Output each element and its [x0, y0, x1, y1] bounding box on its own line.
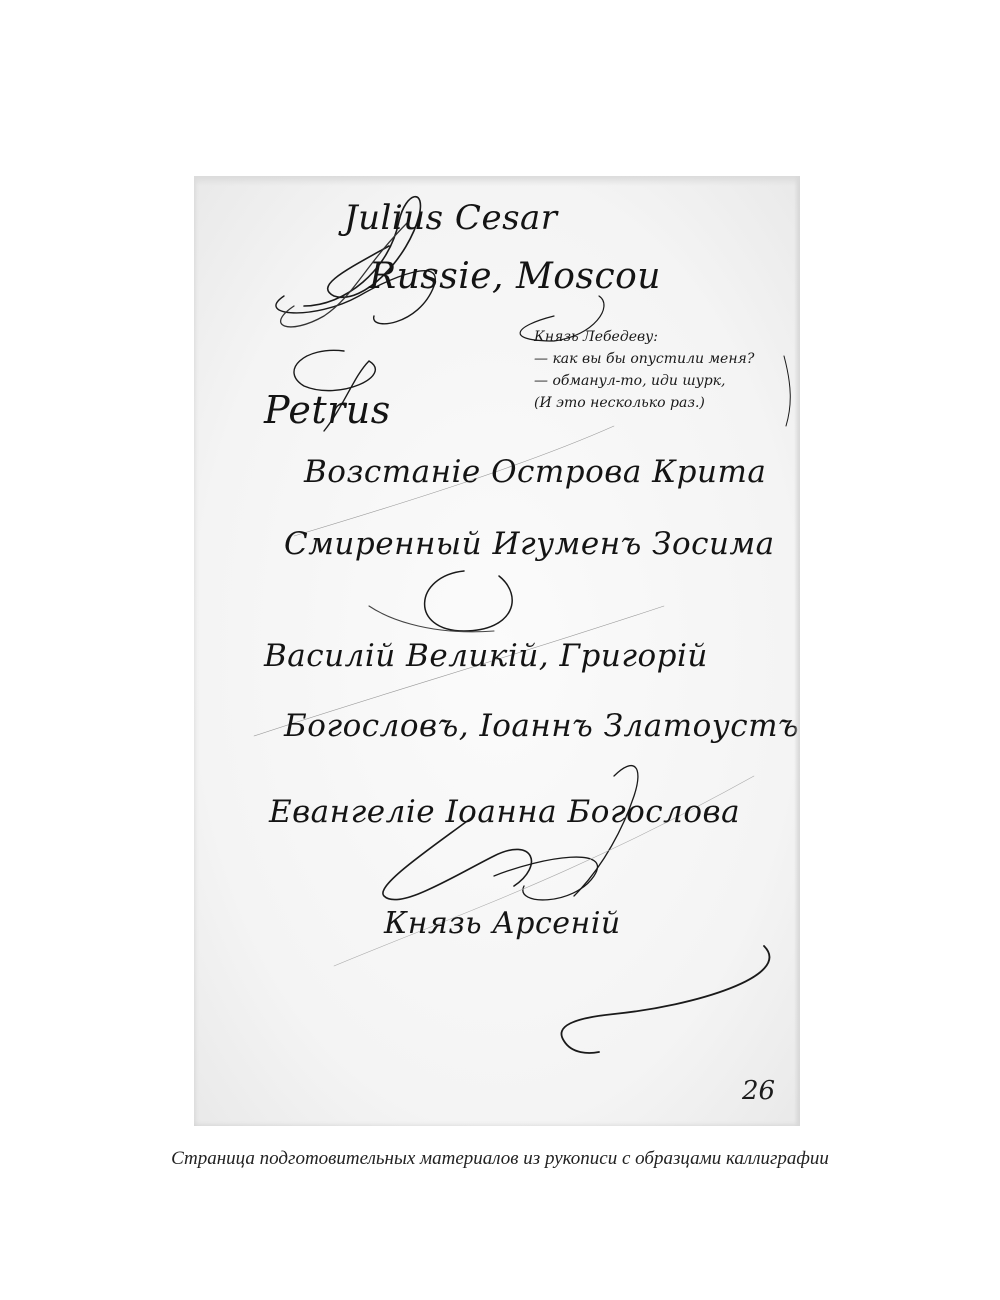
calligraphy-line-petrus: Petrus	[264, 388, 391, 432]
calligraphy-line-vasilii: Василій Великій, Григорій	[264, 638, 708, 674]
manuscript-scan: Julius Cesar Russie, Moscou Petrus Возст…	[194, 176, 800, 1126]
calligraphy-line-smirennyi: Смиренный Игуменъ Зосима	[284, 526, 775, 562]
calligraphy-line-julius-cesar: Julius Cesar	[344, 198, 558, 238]
calligraphy-line-bogoslov: Богословъ, Іоаннъ Златоустъ	[284, 708, 799, 744]
page-number: 26	[742, 1076, 775, 1106]
marginal-note-line: (И это несколько раз.)	[534, 392, 794, 414]
calligraphy-line-russie-moscou: Russie, Moscou	[369, 256, 661, 297]
calligraphy-line-vozstanie: Возстаніе Острова Крита	[304, 454, 766, 490]
calligraphy-line-evangelie: Евангеліе Іоанна Богослова	[269, 794, 740, 830]
marginal-note: Князь Лебедеву: — как вы бы опустили мен…	[534, 326, 794, 414]
calligraphy-line-knyaz: Князь Арсеній	[384, 906, 621, 941]
figure-caption: Страница подготовительных материалов из …	[0, 1148, 1000, 1170]
marginal-note-line: Князь Лебедеву:	[534, 326, 794, 348]
marginal-note-line: — обманул-то, иди шурк,	[534, 370, 794, 392]
marginal-note-line: — как вы бы опустили меня?	[534, 348, 794, 370]
